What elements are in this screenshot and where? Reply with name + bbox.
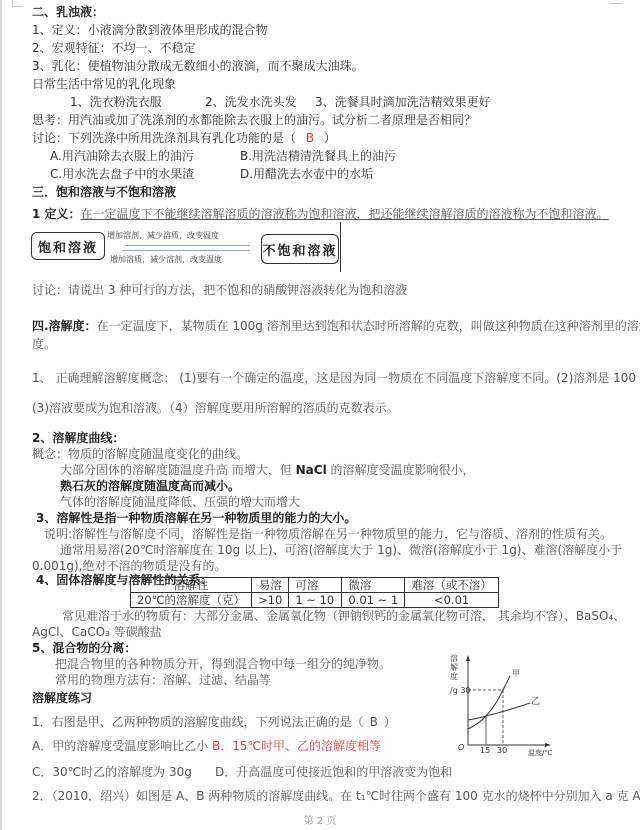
solubility-property-title: 3、溶解性是指一种物质溶解在另一种物质里的能力的大小。: [36, 510, 356, 526]
series-label-jia: 甲: [512, 668, 520, 679]
table-cell: <0.01: [405, 593, 499, 608]
saturated-solution-box: 饱和溶液: [31, 232, 105, 260]
emulsification: 3、乳化：使植物油分散成无数细小的液滴，而不聚成大油珠。: [32, 58, 364, 74]
separation-methods: 常用的物理方法有：溶解、过滤、结晶等: [55, 672, 271, 688]
curve-point-1: 大部分固体的溶解度随温度升高 而增大，但 NaCl 的溶解度受温度影响很小，: [60, 462, 475, 478]
option-b: B.用洗洁精清洗餐具上的油污: [240, 148, 396, 164]
emulsion-feature: 2、宏观特征：不均一、不稳定: [32, 40, 196, 56]
question-1-option-d: D．升高温度可使接近饱和的甲溶液变为饱和: [215, 764, 452, 780]
saturated-discussion: 讨论：请说出 3 种可行的方法，把不饱和的硝酸钾溶液转化为饱和溶液: [32, 282, 407, 298]
usual-classification: 通常用易溶(20℃时溶解度在 10g 以上)、可溶(溶解度大于 1g)、微溶(溶…: [60, 542, 622, 558]
discuss-suffix: ）: [324, 131, 336, 145]
table-cell: 难溶（或不溶）: [405, 578, 499, 593]
curve-concept: 概念：物质的溶解度随温度变化的曲线。: [32, 446, 248, 462]
question-1-option-b: B．15℃时甲、乙的溶解度相等: [212, 738, 381, 754]
x-axis-label: 温度/℃: [528, 748, 552, 758]
table-cell: >10: [252, 593, 289, 608]
arrow-to-unsaturated: [125, 245, 250, 246]
x-tick-15: 15: [480, 746, 490, 755]
option-a: A.用汽油除去衣服上的油污: [50, 148, 194, 164]
y-tick-30: /g 30: [450, 686, 471, 695]
daily-item-2: 2、洗发水洗头发: [205, 94, 297, 110]
y-axis-label: 溶解度: [450, 654, 460, 681]
table-row: 溶解性 易溶 可溶 微溶 难溶（或不溶）: [131, 578, 499, 593]
separation-title: 5、混合物的分离：: [32, 640, 136, 656]
option-c: C.用水洗去盘子中的水果渣: [50, 166, 194, 182]
separation-desc: 把混合物里的各种物质分开，得到混合物中每一组分的纯净物。: [55, 656, 391, 672]
discuss-answer: B: [300, 131, 320, 145]
saturated-definition: 1 定义：在一定温度下不能继续溶解溶质的溶液称为饱和溶液，把还能继续溶解溶质的溶…: [32, 206, 609, 222]
curve-point-3: 气体的溶解度随温度降低、压强的增大而增大: [60, 494, 300, 510]
x-tick-30: 30: [497, 746, 507, 755]
solubility-curve-chart: 溶解度 /g 30 O 15 30 温度/℃ 甲 乙: [430, 650, 560, 760]
daily-item-1: 1、洗衣粉洗衣服: [70, 94, 162, 110]
solubility-definition: 四.溶解度：在一定温度下，某物质在 100g 溶剂里达到饱和状态时所溶解的克数，…: [32, 318, 640, 334]
curve-point-2: 熟石灰的溶解度随温度高而减小。: [60, 478, 240, 494]
unsaturated-solution-box: 不饱和溶液: [261, 234, 339, 264]
table-cell: 20℃的溶解度（克）: [131, 593, 252, 608]
solubility-note: 说明:溶解性与溶解度不同，溶解性是指一种物质溶解在另一种物质里的能力，它与溶质、…: [44, 526, 612, 542]
question-1-option-a: A．甲的溶解度受温度影响比乙小: [32, 738, 208, 754]
page-corner-mark: [610, 0, 622, 4]
question-1: 1．右图是甲、乙两种物质的溶解度曲线，下列说法正确的是（B）: [32, 714, 396, 730]
series-label-yi: 乙: [531, 694, 540, 707]
page-number: 第 2 页: [0, 812, 640, 827]
option-d: D.用醋洗去水壶中的水垢: [240, 166, 373, 182]
arrow-label-bottom: 增加溶质，减少溶剂，改变温度: [110, 254, 222, 265]
page-corner-mark: [12, 0, 23, 7]
page-edge: [0, 0, 2, 830]
table-cell: 0.01 ~ 1: [342, 593, 405, 608]
daily-item-3: 3、洗餐具时滴加洗洁精效果更好: [315, 94, 491, 110]
table-cell: 1 ~ 10: [289, 593, 342, 608]
solubility-table: 溶解性 易溶 可溶 微溶 难溶（或不溶） 20℃的溶解度（克） >10 1 ~ …: [130, 577, 499, 608]
definition-text: 在一定温度下不能继续溶解溶质的溶液称为饱和溶液，把还能继续溶解溶质的溶液称为不饱…: [81, 207, 609, 221]
think-question: 思考：用汽油或加了洗涤剂的水都能除去衣服上的油污。试分析二者原理是否相同？: [32, 112, 476, 128]
question-1-option-c: C．30℃时乙的溶解度为 30g: [32, 764, 192, 780]
insoluble-substances-cont: AgCl、CaCO₃ 等碳酸盐: [32, 624, 162, 640]
section-title-saturated: 三．饱和溶液与不饱和溶液: [32, 184, 176, 200]
definition-label: 1 定义：: [32, 207, 81, 221]
solubility-title: 四.溶解度：: [32, 319, 97, 333]
table-row: 20℃的溶解度（克） >10 1 ~ 10 0.01 ~ 1 <0.01: [131, 593, 499, 608]
discuss-question: 讨论：下列洗涤中所用洗涤剂具有乳化功能的是（ B ）: [32, 130, 336, 146]
daily-emulsion-title: 日常生活中常见的乳化现象: [32, 76, 176, 92]
question-1-answer: B: [364, 715, 384, 729]
discuss-prefix: 讨论：下列洗涤中所用洗涤剂具有乳化功能的是（: [32, 131, 296, 145]
solubility-definition-cont: 度。: [32, 336, 56, 352]
solubility-curve-title: 2、溶解度曲线：: [32, 430, 124, 446]
solubility-concept-1: 1、 正确理解溶解度概念： (1)要有一个确定的温度，这是因为同一物质在不同温度…: [32, 370, 640, 386]
table-cell: 易溶: [252, 578, 289, 593]
table-cell: 可溶: [289, 578, 342, 593]
arrow-to-saturated: [122, 250, 250, 251]
divider-line: [340, 222, 341, 272]
section-title-emulsion: 二、乳浊液：: [32, 4, 104, 20]
solubility-concept-2: (3)溶液要成为饱和溶液。（4）溶解度要用所溶解的溶质的克数表示。: [32, 400, 399, 416]
arrow-label-top: 增加溶剂，减少溶质，改变温度: [107, 230, 219, 241]
emulsion-definition: 1、定义：小液滴分散到液体里形成的混合物: [32, 22, 268, 38]
table-cell: 微溶: [342, 578, 405, 593]
insoluble-substances: 常见难溶于水的物质有：大部分金属、金属氧化物（钾钠钡钙的金属氧化物可溶， 其余均…: [62, 608, 625, 624]
origin-label: O: [458, 743, 464, 752]
practice-title: 溶解度练习: [32, 690, 92, 706]
table-cell: 溶解性: [131, 578, 252, 593]
question-2: 2．（2010．绍兴）如图是 A、B 两种物质的溶解度曲线。在 t₁℃时往两个盛…: [32, 788, 640, 804]
